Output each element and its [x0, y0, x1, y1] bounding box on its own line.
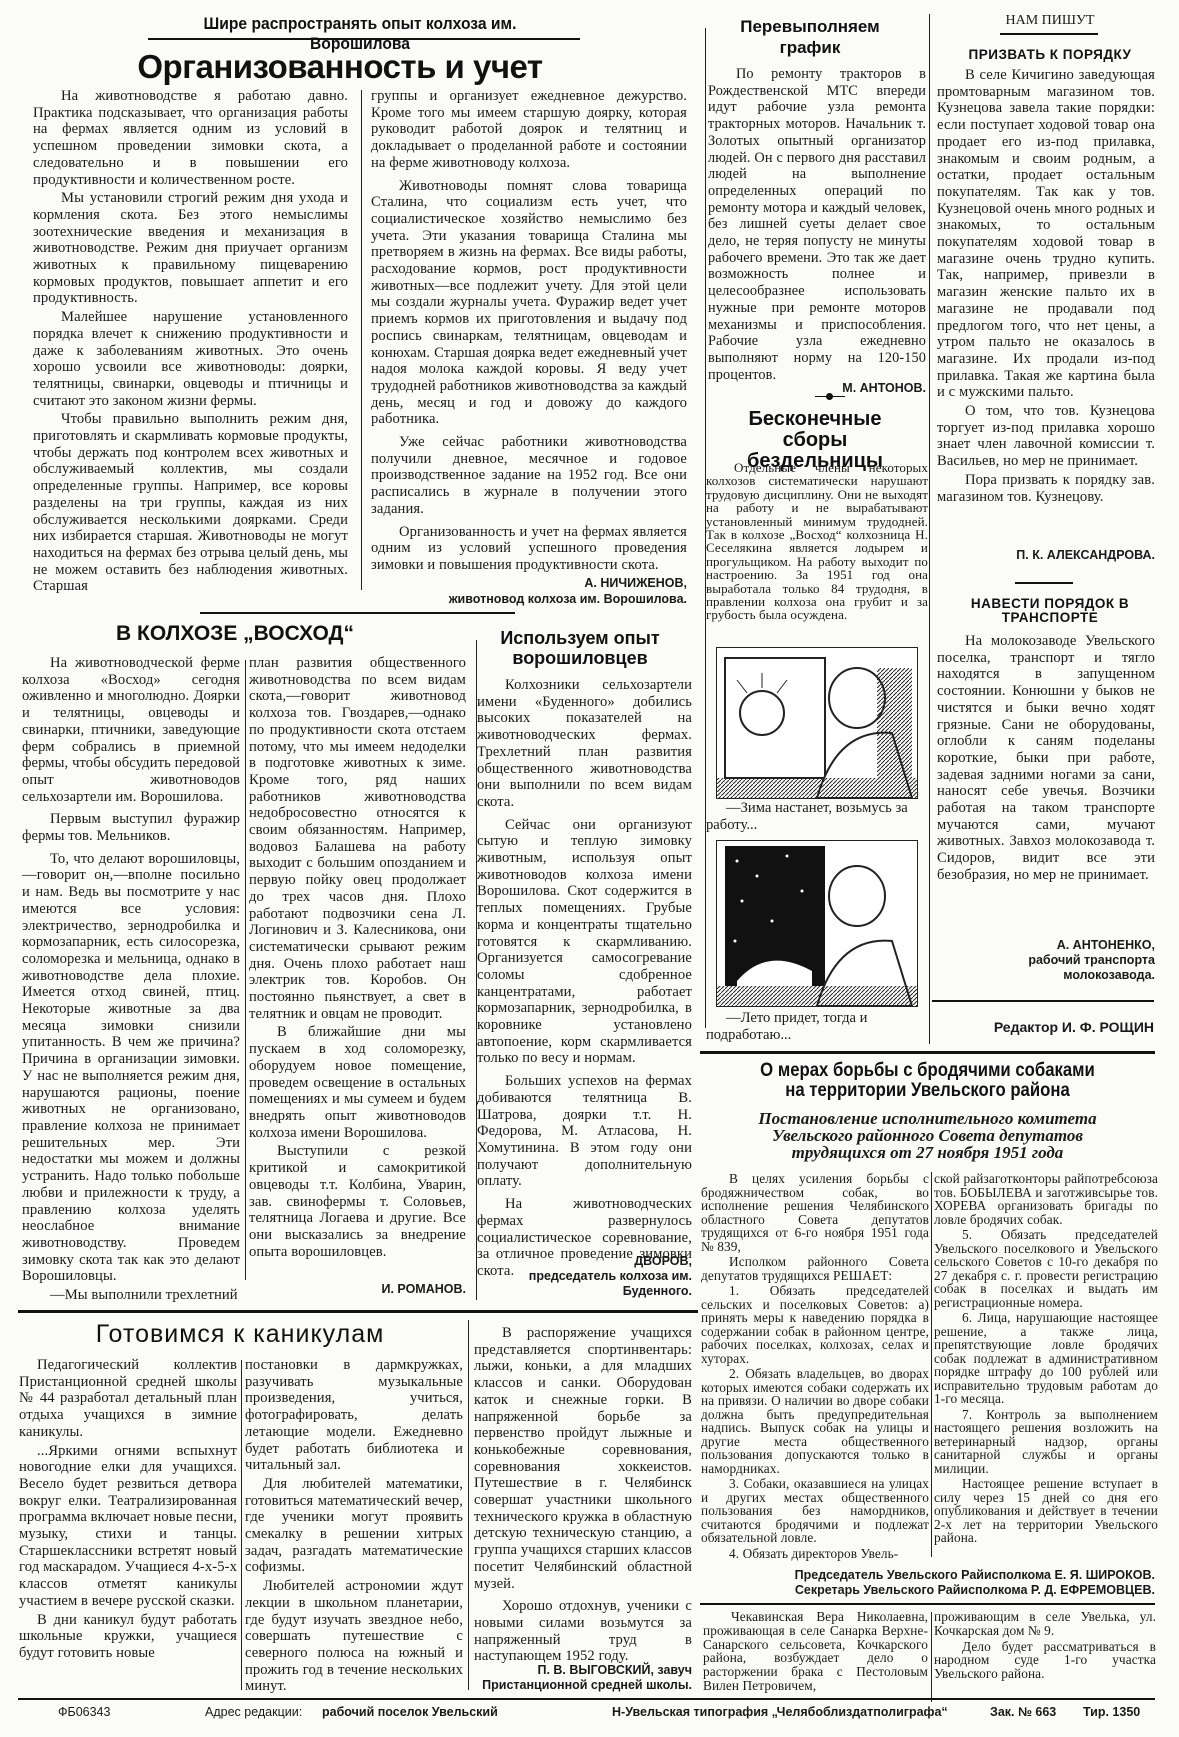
footer-address-label: Адрес редакции:	[205, 1705, 302, 1719]
footer-order-number: Зак. № 663	[990, 1705, 1056, 1719]
letter-b-body: На молокозаводе Увельского поселка, тран…	[937, 633, 1155, 886]
cartoon-caption-1: —Зима настанет, возьмусь за работу...	[706, 800, 928, 834]
paragraph: 4. Обязать директоров Увель-	[701, 1547, 929, 1561]
paragraph: Чекавинская Вера Николаевна, проживающая…	[703, 1610, 928, 1693]
paragraph: 3. Собаки, оказавшиеся на улицах и други…	[701, 1477, 929, 1545]
notice-col2: проживающим в селе Увелька, ул. Кочкарск…	[934, 1610, 1156, 1683]
paragraph: ской райзаготконторы райпотребсоюза тов.…	[934, 1172, 1158, 1226]
decree-signature-secretary: Секретарь Увельского Райисполкома Р. Д. …	[700, 1583, 1155, 1598]
footer-printer: Н-Увельская типография „Челябоблиздатпол…	[612, 1705, 948, 1719]
cartoon-summer-window	[716, 840, 918, 1007]
paragraph: Для любителей математики, готовиться мат…	[245, 1476, 463, 1576]
paragraph: Любителей астрономии ждут лекции в школь…	[245, 1578, 463, 1695]
footer-address: рабочий поселок Увельский	[322, 1705, 498, 1719]
paragraph: Сейчас они организуют сытую и теплую зим…	[477, 817, 692, 1068]
cartoon-caption-2: —Лето придет, тогда и подработаю...	[706, 1010, 928, 1044]
paragraph: Выступили с резкой критикой и самокритик…	[249, 1143, 466, 1260]
paragraph: Колхозники сельхозартели имени «Буденног…	[477, 677, 692, 811]
paragraph: план развития общественного животноводст…	[249, 655, 466, 1022]
paragraph: 2. Обязать владельцев, во дворах которых…	[701, 1367, 929, 1475]
section-divider	[18, 1310, 698, 1313]
column-divider	[468, 1320, 469, 1690]
article6-col2: постановки в дармкружках, разучивать муз…	[245, 1357, 463, 1697]
article-title-voskhod: В КОЛХОЗЕ „ВОСХОД“	[100, 622, 370, 646]
paragraph: На молокозаводе Увельского поселка, тран…	[937, 633, 1155, 884]
paragraph: Уже сейчас работники животноводства полу…	[371, 434, 687, 518]
paragraph: На животноводческой ферме колхоза «Восхо…	[22, 655, 240, 805]
paragraph: Чтобы правильно выполнить режим дня, при…	[33, 411, 348, 595]
paragraph: На животноводстве я работаю давно. Практ…	[33, 88, 348, 188]
footer-circulation: Тир. 1350	[1083, 1705, 1140, 1719]
paragraph: Пора призвать к порядку зав. магазином т…	[937, 472, 1155, 505]
paragraph: 6. Лица, нарушающие настоящее решение, а…	[934, 1311, 1158, 1406]
rubric-underline	[1000, 33, 1098, 35]
section-divider	[700, 1051, 1155, 1054]
ornament-dot	[826, 393, 833, 400]
article2-signature: И. РОМАНОВ.	[249, 1282, 466, 1297]
cartoon-drawing-icon	[717, 648, 917, 798]
article3-signature-role: председатель колхоза им. Буденного.	[477, 1269, 692, 1299]
cartoon-drawing-icon	[717, 841, 917, 1006]
footer-code: ФБ06343	[58, 1705, 110, 1719]
letter-title-navesti: НАВЕСТИ ПОРЯДОК В ТРАНСПОРТЕ	[955, 597, 1145, 625]
letter-a-signature: П. К. АЛЕКСАНДРОВА.	[937, 548, 1155, 563]
article6-col3: В распоряжение учащихся представляется с…	[474, 1325, 692, 1667]
paragraph: ...Яркими огнями вспыхнут новогодние елк…	[19, 1443, 237, 1610]
column-divider	[931, 1612, 932, 1702]
article1-signature: А. НИЧИЖЕНОВ,	[371, 576, 687, 591]
letter-title-prizvat: ПРИЗВАТЬ К ПОРЯДКУ	[935, 47, 1165, 62]
cartoon-winter-window	[716, 647, 918, 799]
paragraph: В ближайшие дни мы пускаем в ход соломор…	[249, 1024, 466, 1141]
article2-col1: На животноводческой ферме колхоза «Восхо…	[22, 655, 240, 1306]
section-divider	[200, 612, 515, 614]
paragraph: В дни каникул будут работать школьные кр…	[19, 1612, 237, 1662]
letter-b-signature: А. АНТОНЕНКО,	[937, 938, 1155, 953]
article6-col1: Педагогический коллектив Пристанционной …	[19, 1357, 237, 1664]
paragraph: проживающим в селе Увелька, ул. Кочкарск…	[934, 1610, 1156, 1638]
paragraph: Малейшее нарушение установленного порядк…	[33, 309, 348, 409]
letter-b-role-1: рабочий транспорта	[937, 953, 1155, 968]
article-title-ispolzuem: Используем опыт ворошиловцев	[490, 628, 670, 668]
decree-col2: ской райзаготконторы райпотребсоюза тов.…	[934, 1172, 1158, 1547]
paragraph: Животноводы помнят слова товарища Сталин…	[371, 178, 687, 429]
column-divider	[245, 660, 246, 1280]
paragraph: Хорошо отдохнув, ученики с новыми силами…	[474, 1598, 692, 1665]
decree-signature-chair: Председатель Увельского Райисполкома Е. …	[700, 1568, 1155, 1583]
article4-signature: М. АНТОНОВ.	[708, 381, 926, 396]
article1-col2: группы и организует ежедневное дежурство…	[371, 88, 687, 576]
paragraph: Педагогический коллектив Пристанционной …	[19, 1357, 237, 1441]
paragraph: Дело будет рассматриваться в народном су…	[934, 1640, 1156, 1681]
paragraph: —Мы выполнили трехлетний	[22, 1287, 240, 1304]
article2-col2: план развития общественного животноводст…	[249, 655, 466, 1262]
article1-signature-role: животновод колхоза им. Ворошилова.	[371, 592, 687, 607]
paragraph: То, что делают ворошиловцы, —говорит он,…	[22, 851, 240, 1285]
paragraph: группы и организует ежедневное дежурство…	[371, 88, 687, 172]
paragraph: Организованность и учет на фермах являет…	[371, 524, 687, 574]
rubric-nam-pishut: НАМ ПИШУТ	[935, 13, 1165, 29]
paragraph: В селе Кичигино заведующая промтоварным …	[937, 67, 1155, 401]
footer-rule	[18, 1698, 1155, 1700]
column-divider	[241, 1360, 242, 1690]
paragraph: По ремонту тракторов в Рождественской МТ…	[708, 66, 926, 383]
decree-title-1: О мерах борьбы с бродячими собаками	[727, 1060, 1127, 1082]
letter-divider	[1015, 582, 1073, 584]
paragraph: Первым выступил фуражир фермы тов. Мельн…	[22, 811, 240, 844]
column-divider	[929, 14, 930, 1044]
article5-body: Отдельные члены некоторых колхозов систе…	[706, 461, 928, 624]
article-title-perevypolnyaem: Перевыполняем график	[730, 16, 890, 58]
paragraph: Больших успехов на фермах добиваются тел…	[477, 1073, 692, 1190]
paragraph: Отдельные члены некоторых колхозов систе…	[706, 461, 928, 622]
paragraph: 1. Обязать председателей сельских и посе…	[701, 1284, 929, 1365]
letter-a-body: В селе Кичигино заведующая промтоварным …	[937, 67, 1155, 507]
article4-body: По ремонту тракторов в Рождественской МТ…	[708, 66, 926, 385]
editor-divider	[932, 1000, 1154, 1002]
article6-signature-role: Пристанционной средней школы.	[474, 1678, 692, 1693]
notice-col1: Чекавинская Вера Николаевна, проживающая…	[703, 1610, 928, 1695]
paragraph: Мы установили строгий режим дня ухода и …	[33, 190, 348, 307]
paragraph: О том, что тов. Кузнецова торгует из-под…	[937, 403, 1155, 470]
article3-body: Колхозники сельхозартели имени «Буденног…	[477, 677, 692, 1282]
letter-b-role-2: молокозавода.	[937, 968, 1155, 983]
column-divider	[931, 1172, 932, 1557]
decree-col1: В целях усиления борьбы с бродяжничество…	[701, 1172, 929, 1562]
decree-subtitle: Постановление исполнительного комитета У…	[730, 1110, 1125, 1161]
paragraph: Исполком районного Совета депутатов труд…	[701, 1255, 929, 1282]
paragraph: В распоряжение учащихся представляется с…	[474, 1325, 692, 1592]
paragraph: постановки в дармкружках, разучивать муз…	[245, 1357, 463, 1474]
article3-signature: ДВОРОВ,	[477, 1254, 692, 1269]
section-divider	[700, 1603, 1155, 1605]
paragraph: Настоящее решение вступает в силу через …	[934, 1477, 1158, 1545]
article1-col1: На животноводстве я работаю давно. Практ…	[33, 88, 348, 597]
column-divider	[361, 90, 362, 590]
banner-underline	[148, 38, 580, 40]
paragraph: 5. Обязать председателей Увельского посе…	[934, 1228, 1158, 1309]
paragraph: В целях усиления борьбы с бродяжничество…	[701, 1172, 929, 1253]
article-title-organizovannost: Организованность и учет	[100, 48, 580, 86]
editor-credit: Редактор И. Ф. РОЩИН	[932, 1019, 1154, 1035]
decree-title-2: на территории Увельского района	[727, 1080, 1127, 1102]
article-title-kanikuly: Готовимся к каникулам	[20, 1320, 460, 1349]
paragraph: 7. Контроль за выполнением настоящего ре…	[934, 1408, 1158, 1476]
article6-signature: П. В. ВЫГОВСКИЙ, завуч	[474, 1663, 692, 1678]
